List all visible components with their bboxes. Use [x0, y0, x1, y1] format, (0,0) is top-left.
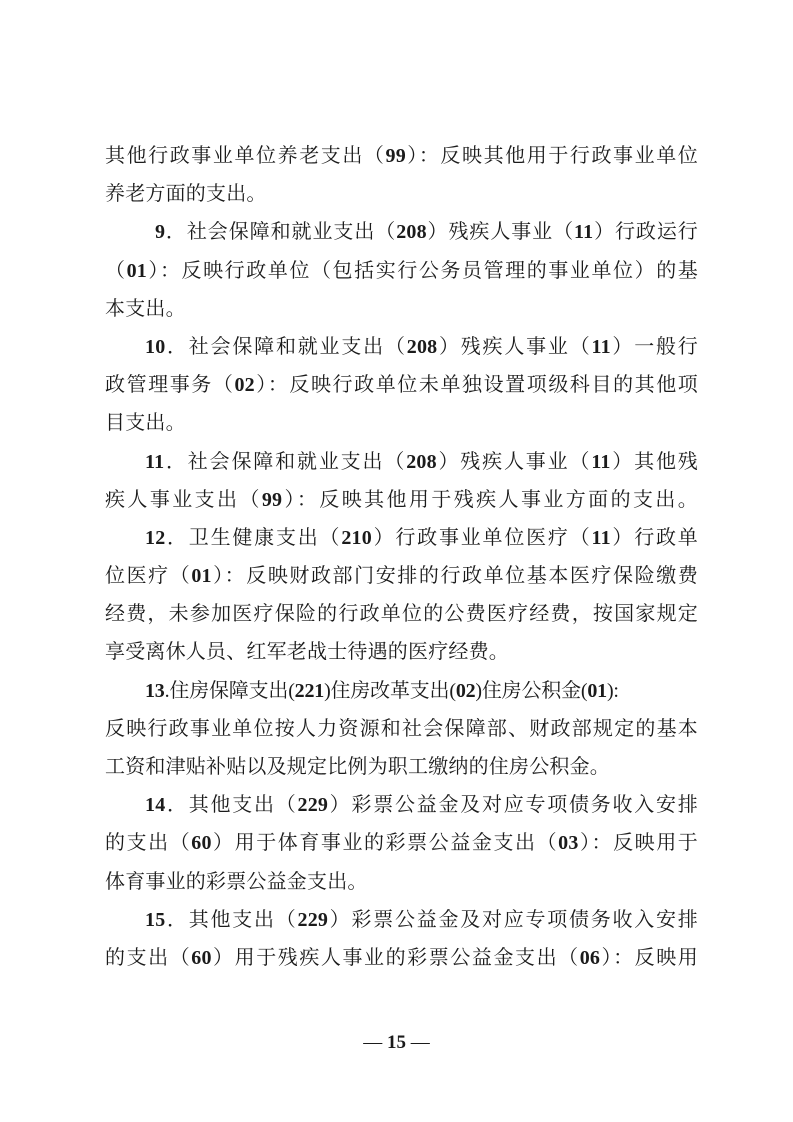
text-line: 政管理事务（02）：反映行政单位未单独设置项级科目的其他项: [105, 366, 698, 404]
document-body: 其他行政事业单位养老支出（99）：反映其他用于行政事业单位养老方面的支出。9．社…: [105, 137, 698, 977]
text-line: 本支出。: [105, 290, 698, 328]
text-line: 体育事业的彩票公益金支出。: [105, 863, 698, 901]
text-line: 15．其他支出（229）彩票公益金及对应专项债务收入安排: [105, 901, 698, 939]
text-line: 14．其他支出（229）彩票公益金及对应专项债务收入安排: [105, 786, 698, 824]
text-line: 13.住房保障支出(221)住房改革支出(02)住房公积金(01):: [105, 672, 698, 710]
text-line: 其他行政事业单位养老支出（99）：反映其他用于行政事业单位: [105, 137, 698, 175]
text-line: 位医疗（01）：反映财政部门安排的行政单位基本医疗保险缴费: [105, 557, 698, 595]
text-line: 11．社会保障和就业支出（208）残疾人事业（11）其他残: [105, 443, 698, 481]
text-line: 疾人事业支出（99）：反映其他用于残疾人事业方面的支出。: [105, 481, 698, 519]
document-page: { "colors": { "text": "#1b1b1b", "backgr…: [0, 0, 793, 1122]
text-line: 工资和津贴补贴以及规定比例为职工缴纳的住房公积金。: [105, 748, 698, 786]
text-line: 反映行政事业单位按人力资源和社会保障部、财政部规定的基本: [105, 710, 698, 748]
text-line: 的支出（60）用于残疾人事业的彩票公益金支出（06）：反映用: [105, 939, 698, 977]
text-line: 12．卫生健康支出（210）行政事业单位医疗（11）行政单: [105, 519, 698, 557]
text-line: 10．社会保障和就业支出（208）残疾人事业（11）一般行: [105, 328, 698, 366]
text-line: 经费，未参加医疗保险的行政单位的公费医疗经费，按国家规定: [105, 595, 698, 633]
page-footer: — 15 —: [0, 1030, 793, 1056]
text-line: （01）：反映行政单位（包括实行公务员管理的事业单位）的基: [105, 252, 698, 290]
text-line: 养老方面的支出。: [105, 175, 698, 213]
text-line: 9．社会保障和就业支出（208）残疾人事业（11）行政运行: [105, 213, 698, 251]
text-line: 享受离休人员、红军老战士待遇的医疗经费。: [105, 633, 698, 671]
text-line: 的支出（60）用于体育事业的彩票公益金支出（03）：反映用于: [105, 824, 698, 862]
text-line: 目支出。: [105, 404, 698, 442]
